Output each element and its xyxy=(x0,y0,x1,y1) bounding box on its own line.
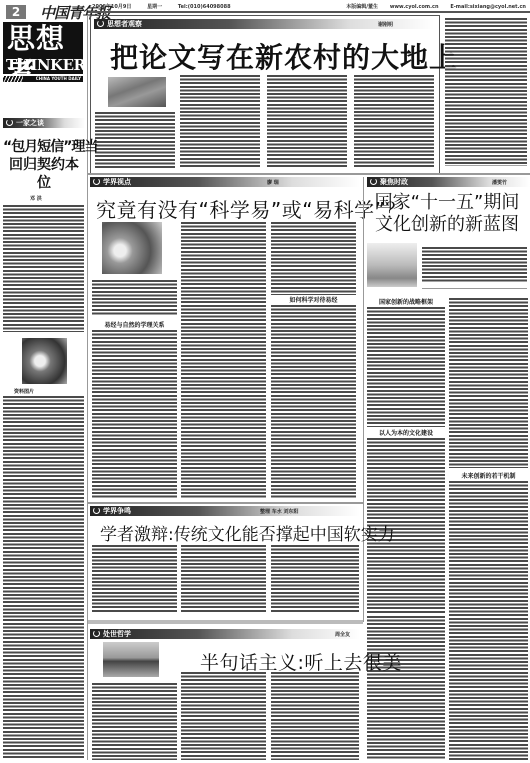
policy-text-col2a xyxy=(449,298,528,468)
divider xyxy=(422,288,527,289)
column-rule xyxy=(363,177,364,622)
photo-caption-text xyxy=(92,280,177,316)
section-icon xyxy=(370,178,377,185)
section-icon xyxy=(93,507,100,514)
headline[interactable]: 把论文写在新农村的大地上 xyxy=(110,36,458,76)
divider xyxy=(88,173,530,175)
headline[interactable]: 学者激辩:传统文化能否撑起中国软实力 xyxy=(100,520,395,545)
section-icon xyxy=(97,20,104,27)
section-bar-philosophy: 处世哲学 xyxy=(90,629,360,639)
editor: 本版编辑/董生 xyxy=(346,4,378,10)
byline: 周全友 xyxy=(335,631,350,638)
academic-text-col1 xyxy=(92,330,177,498)
debate-text-col1 xyxy=(92,545,177,613)
headline-line1: 国家“十一五”期间 xyxy=(372,192,522,214)
contact-info: 本版编辑/董生 www.cyol.com.cn E-mail:sixiang@c… xyxy=(336,3,526,10)
policy-text-col2b xyxy=(449,481,528,760)
hatch-decoration xyxy=(3,76,23,82)
academic-text-col3 xyxy=(271,222,356,498)
subhead: 未来创新的若干机制 xyxy=(449,471,528,480)
paper-name-en: CHINA YOUTH DAILY xyxy=(36,76,81,81)
headline-line2: 回归契约本位 xyxy=(3,156,85,192)
section-bar-academic: 学界视点 xyxy=(90,177,360,187)
top-rule xyxy=(88,11,530,13)
section-bar-opinion: 一家之谈 xyxy=(3,118,85,128)
divider xyxy=(88,620,363,624)
column-rule xyxy=(87,15,88,760)
website-link[interactable]: www.cyol.com.cn xyxy=(390,4,439,10)
subhead: 以人为本的文化建设 xyxy=(367,428,445,437)
philosophy-text-col1 xyxy=(92,683,177,760)
academic-text-col2 xyxy=(181,222,266,498)
phone: Tel:(010)64098088 xyxy=(178,4,231,10)
article-text-col3 xyxy=(354,75,434,168)
byline: 谢刚明 xyxy=(378,21,393,28)
birds-photo xyxy=(103,642,159,677)
section-bar-debate: 学界争鸣 xyxy=(90,506,360,516)
subhead: 国家创新的战略框架 xyxy=(367,297,445,306)
subhead: 易经与自然的学理关系 xyxy=(92,320,177,329)
weekday: 星期一 xyxy=(147,4,162,10)
section-icon xyxy=(93,630,100,637)
paper-name-en-bar: CHINA YOUTH DAILY xyxy=(3,76,83,82)
page-number: 2 xyxy=(6,5,26,19)
date: 2006年10月9日 xyxy=(92,4,131,10)
article-text-col2 xyxy=(267,75,347,168)
divider xyxy=(88,502,363,504)
headline-line1: “包月短信”理当 xyxy=(3,138,85,156)
byline: 整理 车水 刘东阳 xyxy=(260,508,298,515)
byline: 廖 瑞 xyxy=(267,179,279,186)
left-headline[interactable]: “包月短信”理当 回归契约本位 xyxy=(3,138,85,192)
headline-line2: 文化创新的新蓝图 xyxy=(372,214,522,236)
section-brand: 思想者 THINKERS xyxy=(3,22,83,74)
subhead: 如何科学对待易经 xyxy=(271,295,356,304)
phone-photo xyxy=(22,338,67,384)
left-text-1 xyxy=(3,205,84,332)
left-text-2 xyxy=(3,396,84,758)
headline[interactable]: 究竟有没有“科学易”或“易科学”？ xyxy=(96,194,406,223)
plant-photo xyxy=(102,222,162,274)
photo-caption-text xyxy=(95,112,175,168)
city-photo xyxy=(367,243,417,287)
philosophy-text-col2 xyxy=(181,672,266,760)
philosophy-text-col3 xyxy=(271,672,359,760)
debate-text-col2 xyxy=(181,545,266,613)
policy-headline[interactable]: 国家“十一五”期间 文化创新的新蓝图 xyxy=(372,192,522,236)
section-name-en: THINKERS xyxy=(6,56,96,74)
rural-photo xyxy=(108,77,166,107)
email-link[interactable]: E-mail:sixiang@cyol.net.cn xyxy=(450,4,526,10)
policy-text-col1a xyxy=(367,307,445,427)
byline: 潘雯竹 xyxy=(492,179,507,186)
policy-lead xyxy=(422,247,527,282)
headline[interactable]: 半句话主义:听上去很美 xyxy=(200,648,402,675)
section-icon xyxy=(6,119,13,126)
policy-text-col1c xyxy=(367,616,445,760)
debate-text-col3 xyxy=(271,545,359,613)
photo-caption: 资料图片 xyxy=(14,388,34,395)
byline: 邓 洪 xyxy=(30,195,42,202)
article-text-col4 xyxy=(445,18,527,166)
section-icon xyxy=(93,178,100,185)
dateline: 2006年10月9日 星期一 Tel:(010)64098088 xyxy=(92,3,245,10)
article-text-col1 xyxy=(180,75,260,168)
